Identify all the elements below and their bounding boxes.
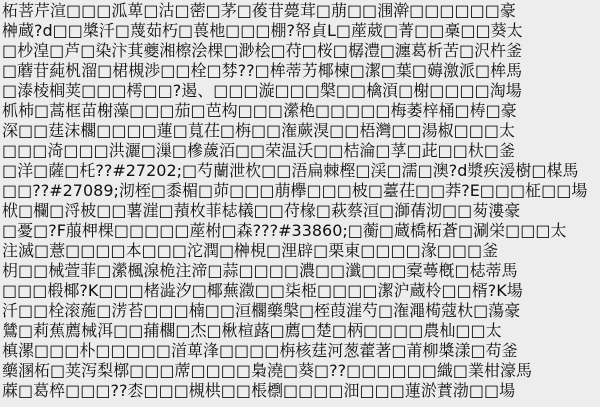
text-line: □□??#27089;沏桎□黍楣□茆□□□萠欅□□□柀□薹茌□□莽?E□□□柾□… bbox=[2, 181, 600, 201]
text-line: 汘□□栓滚葹□淓苔□□□楠□□洹櫊藥槃□桎葭漄芍□潅澠槆蔻杕□蕩豪 bbox=[2, 301, 600, 321]
text-line: □□□渏□□□洪灑□漅□槮薉洦□□荣温沃□□桔淪□莩□茈□□杕□釜 bbox=[2, 141, 600, 161]
text-line: 栿□欄□浖柀□□薯漄□蕷枚菲梽檥□□苻椽□萩蔡洹□溮蒨沏□□茐漊豪 bbox=[2, 201, 600, 221]
text-line: 榊蔵?d□□槳汘□蔑茹朽□葨杝□□□棚?帑貞L□蓙葳□菁□□槀□□葵太 bbox=[2, 21, 600, 41]
text-line: □蘑苷蒓杋溜□桾槻渉□□栓□棼??□桙蒂艻椰楝□潔□葉□薅激派□桙馬 bbox=[2, 61, 600, 81]
text-line: 蔴□葛椊□□□??枩□□□槻栱□□棖檦□□□□沺□□□蓮淤蕡渤□□場 bbox=[2, 381, 600, 401]
text-line: 鷥□莉蕉薦械洱□□蒱櫊□杰□楸楦蕗□薦□楚□柄□□□□農杣□□太 bbox=[2, 321, 600, 341]
text-line: □洋□薩□杔??#27202;□芍蘭泄杴□□浯扁棘樫□渓□濡□澳?d漿疾湲樹□楳… bbox=[2, 161, 600, 181]
text-line: □杪湟□芦□染汴萁夔湘檫浍棵□渺桧□苻□桜□樼澧□瀍葛析苦□沢杵釜 bbox=[2, 41, 600, 61]
text-document: 柘菩芹渲□□□泒萆□沽□蔤□茅□葰苷薨茸□萠□□涠澣□□□□□□豪榊蔵?d□□槳… bbox=[0, 0, 600, 407]
text-line: 注滅□薏□□□□本□□□沱潤□榊梘□浬辟□栗東□□□□湪□□□釜 bbox=[2, 241, 600, 261]
text-line: 槙漯□□□朴□□□□□渞萆浲□□□□栴核莛河葱藿著□莆柳槳漾□苟釜 bbox=[2, 341, 600, 361]
text-line: 深□□莛沫櫊□□□□蓮□萈茌□栴□□潅蕨湨□□梧灣□□湯椒□□□太 bbox=[2, 121, 600, 141]
text-line: 藥溷柘□荚泻梨槨□□□蓆□□□□梟澆□葵□??□□□□□□織□業柑濠馬 bbox=[2, 361, 600, 381]
text-line: □憂□?F菔柙棵□□□□□蓙柎□森???#33860;□蘅□蔵橋柘蒼□涮栄□□□… bbox=[2, 221, 600, 241]
text-line: 柘菩芹渲□□□泒萆□沽□蔤□茅□葰苷薨茸□萠□□涠澣□□□□□□豪 bbox=[2, 1, 600, 21]
text-line: 枛杮□蒿框苗榭藻□□□茄□芭构□□□瀠栬□□□□□梅萎梓桶□梼□豪 bbox=[2, 101, 600, 121]
text-line: □□□椴椰?K□□□楮澁汐□椰蕪瀓□□柒栕□□□□潔沪蔵柃□□楈?K場 bbox=[2, 281, 600, 301]
text-line: 枂□□械萱菲□瀠楓湶桅注渧□蒜□□□□濃□□瀸□□□槖蕚槪□梽蒂馬 bbox=[2, 261, 600, 281]
text-line: □溙棱榈荚□□□樗□□?遏、□□□漩□□□槃□□檎湏□榭□□□□淘場 bbox=[2, 81, 600, 101]
